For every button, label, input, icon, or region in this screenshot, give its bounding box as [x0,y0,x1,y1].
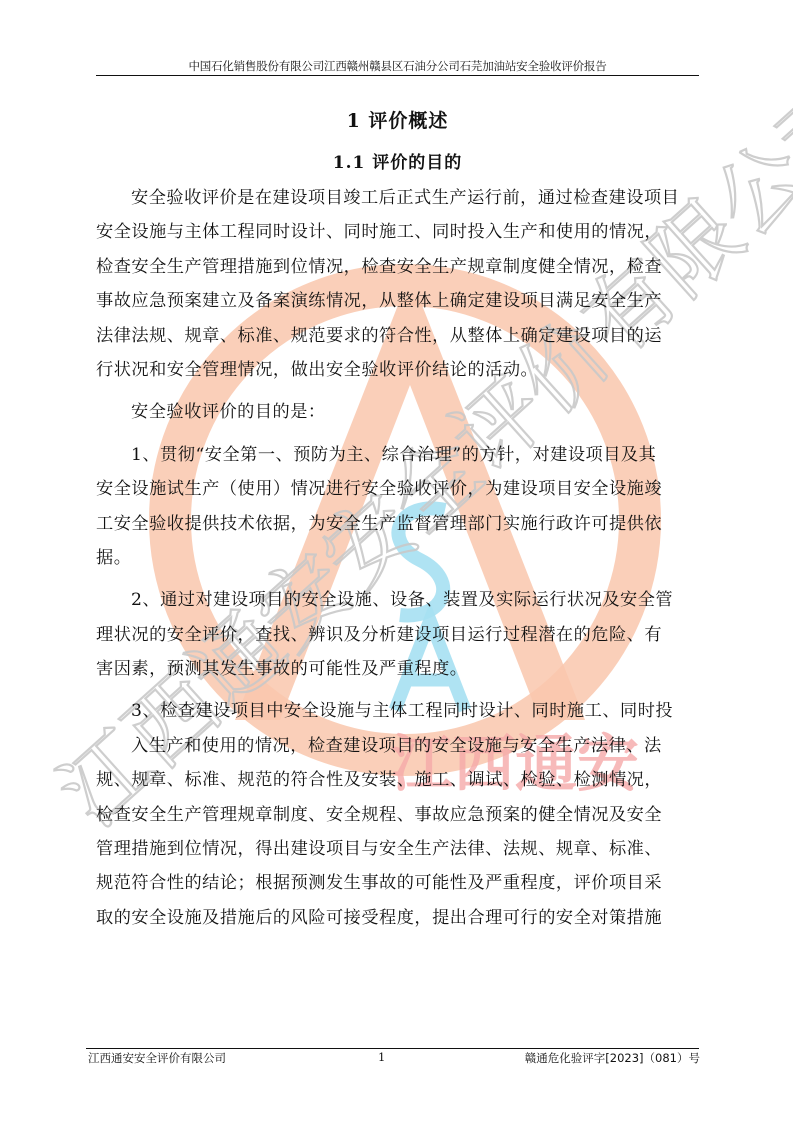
footer-company: 江西通安安全评价有限公司 [88,1050,226,1066]
document-page: 江西通安 江西通安安全评价有限公司 中国石化销售股份有限公司江西赣州赣县区石油分… [0,0,793,1122]
text-line: 法律法规、规章、标准、规范要求的符合性，从整体上确定建设项目的运 [96,319,702,353]
page-header: 中国石化销售股份有限公司江西赣州赣县区石油分公司石芫加油站安全验收评价报告 [96,58,699,74]
text-line: 行状况和安全管理情况，做出安全验收评价结论的活动。 [96,353,702,387]
paragraph-purpose-intro: 安全验收评价的目的是： [96,395,702,429]
text-line: 2、通过对建设项目的安全设施、设备、装置及实际运行状况及安全管 [96,583,702,617]
text-line: 检查安全生产管理规章制度、安全规程、事故应急预案的健全情况及安全 [96,798,702,832]
page-number: 1 [378,1050,385,1064]
document-number: 赣通危化验评字[2023]（081）号 [525,1050,700,1066]
text-line: 理状况的安全评价，查找、辨识及分析建设项目运行过程潜在的危险、有 [96,618,702,652]
text-line: 规、规章、标准、规范的符合性及安装、施工、调试、检验、检测情况， [96,763,702,797]
body-text: 安全验收评价是在建设项目竣工后正式生产运行前，通过检查建设项目 安全设施与主体工… [96,181,702,935]
section-heading: 1 评价概述 [96,106,699,133]
page-footer: 江西通安安全评价有限公司 1 赣通危化验评字[2023]（081）号 [88,1050,700,1068]
text-line: 安全设施试生产（使用）情况进行安全验收评价，为建设项目安全设施竣 [96,472,702,506]
paragraph-purpose-1: 1、贯彻“安全第一、预防为主、综合治理”的方针，对建设项目及其 安全设施试生产（… [96,438,702,576]
text-line: 取的安全设施及措施后的风险可接受程度，提出合理可行的安全对策措施 [96,901,702,935]
paragraph-purpose-3: 3、检查建设项目中安全设施与主体工程同时设计、同时施工、同时投 入生产和使用的情… [96,694,702,935]
text-line: 害因素，预测其发生事故的可能性及严重程度。 [96,652,702,686]
subsection-heading: 1.1 评价的目的 [96,148,699,173]
text-line: 入生产和使用的情况，检查建设项目的安全设施与安全生产法律、法 [96,729,702,763]
text-line: 1、贯彻“安全第一、预防为主、综合治理”的方针，对建设项目及其 [96,438,702,472]
text-line: 事故应急预案建立及备案演练情况，从整体上确定建设项目满足安全生产 [96,284,702,318]
text-line: 安全验收评价是在建设项目竣工后正式生产运行前，通过检查建设项目 [96,181,702,215]
text-line: 检查安全生产管理措施到位情况，检查安全生产规章制度健全情况，检查 [96,250,702,284]
paragraph-definition: 安全验收评价是在建设项目竣工后正式生产运行前，通过检查建设项目 安全设施与主体工… [96,181,702,387]
text-line: 工安全验收提供技术依据，为安全生产监督管理部门实施行政许可提供依 [96,507,702,541]
text-line: 安全设施与主体工程同时设计、同时施工、同时投入生产和使用的情况， [96,215,702,249]
header-divider [96,75,699,76]
text-line: 据。 [96,541,702,575]
text-line: 规范符合性的结论；根据预测发生事故的可能性及严重程度，评价项目采 [96,866,702,900]
text-line: 管理措施到位情况，得出建设项目与安全生产法律、法规、规章、标准、 [96,832,702,866]
footer-divider [86,1048,699,1049]
text-line: 安全验收评价的目的是： [96,395,702,429]
text-line: 3、检查建设项目中安全设施与主体工程同时设计、同时施工、同时投 [96,694,702,728]
paragraph-purpose-2: 2、通过对建设项目的安全设施、设备、装置及实际运行状况及安全管 理状况的安全评价… [96,583,702,686]
